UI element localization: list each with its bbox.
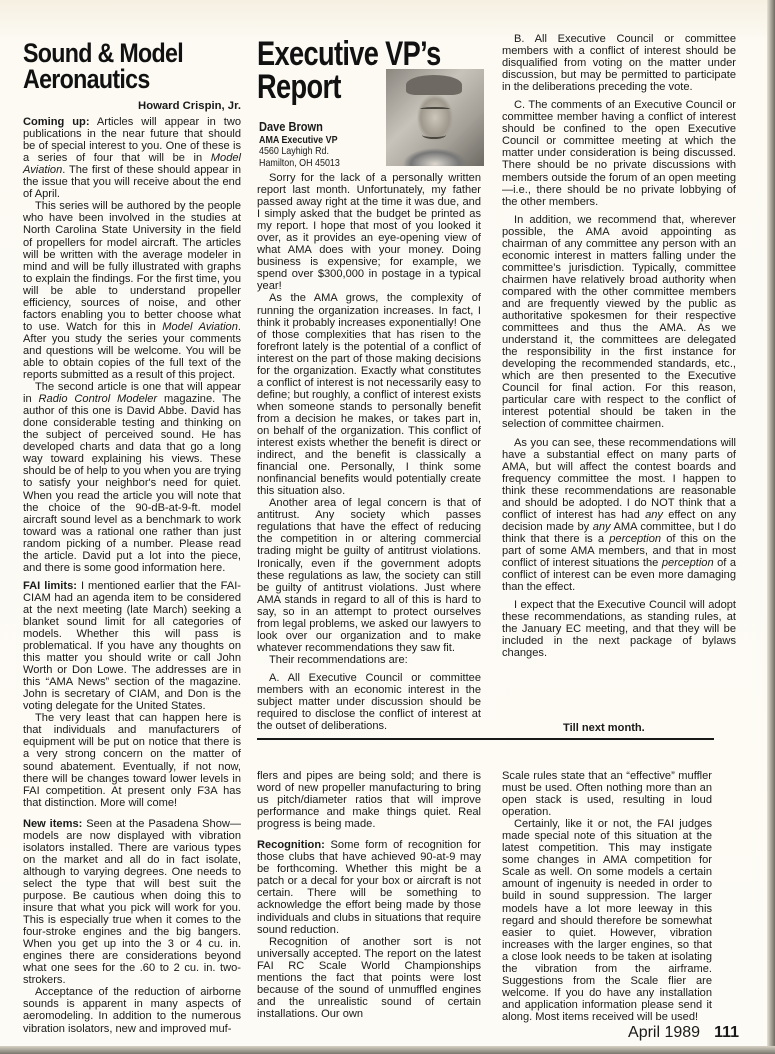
paragraph-new-items: New items: Seen at the Pasadena Show—mod…	[23, 818, 241, 987]
continued-column-right: Scale rules state that an “effective” mu…	[502, 770, 712, 1023]
signoff: Till next month.	[563, 722, 645, 734]
photo-eyes	[420, 107, 450, 111]
recommendation-a: A. All Executive Council or committee me…	[257, 672, 481, 732]
issue-date: April 1989	[628, 1024, 700, 1041]
author-address-line2: Hamilton, OH 45013	[259, 158, 361, 170]
paragraph: flers and pipes are being sold; and ther…	[257, 770, 481, 830]
left-article-title: Sound & Model Aeronautics	[23, 40, 210, 92]
paragraph: Another area of legal concern is that of…	[257, 497, 481, 654]
paragraph: This series will be authored by the peop…	[23, 200, 241, 381]
recommendation-b: B. All Executive Council or committee me…	[502, 33, 736, 93]
paragraph: Their recommendations are:	[257, 654, 481, 666]
paragraph: Scale rules state that an “effective” mu…	[502, 770, 712, 818]
author-portrait-photo	[386, 69, 484, 166]
author-name: Dave Brown	[259, 119, 361, 134]
right-column: B. All Executive Council or committee me…	[502, 33, 736, 659]
paragraph-coming-up: Coming up: Articles will appear in two p…	[23, 116, 241, 200]
left-article-byline: Howard Crispin, Jr.	[23, 100, 241, 112]
page-edge-shadow	[767, 0, 775, 1054]
page-footer: April 1989111	[628, 1024, 739, 1042]
middle-column: Sorry for the lack of a personally writt…	[257, 172, 481, 732]
paragraph: The very least that can happen here is t…	[23, 712, 241, 808]
recommendation-c: C. The comments of an Executive Council …	[502, 99, 736, 207]
paragraph: In addition, we recommend that, wherever…	[502, 214, 736, 431]
paragraph-fai-limits: FAI limits: I mentioned earlier that the…	[23, 580, 241, 713]
paragraph: I expect that the Executive Council will…	[502, 599, 736, 659]
paragraph-recognition: Recognition: Some form of recognition fo…	[257, 839, 481, 935]
page-bottom-shadow	[0, 1046, 775, 1054]
photo-mouth	[422, 131, 446, 139]
photo-hair	[406, 75, 462, 95]
continued-column-middle: flers and pipes are being sold; and ther…	[257, 770, 481, 1020]
paragraph: Certainly, like it or not, the FAI judge…	[502, 818, 712, 1023]
paragraph: As the AMA grows, the complexity of runn…	[257, 292, 481, 497]
paragraph: Acceptance of the reduction of airborne …	[23, 986, 241, 1034]
section-divider-rule	[257, 738, 714, 740]
paragraph: Sorry for the lack of a personally writt…	[257, 172, 481, 292]
page-number: 111	[714, 1024, 739, 1041]
magazine-page: Sound & Model Aeronautics Howard Crispin…	[0, 0, 775, 1054]
author-block: Dave Brown AMA Executive VP 4560 Layhigh…	[259, 119, 379, 169]
paragraph: As you can see, these recommendations wi…	[502, 437, 736, 594]
left-article-column: Sound & Model Aeronautics Howard Crispin…	[23, 40, 241, 1035]
paragraph: Recognition of another sort is not unive…	[257, 936, 481, 1020]
paragraph: The second article is one that will appe…	[23, 381, 241, 574]
